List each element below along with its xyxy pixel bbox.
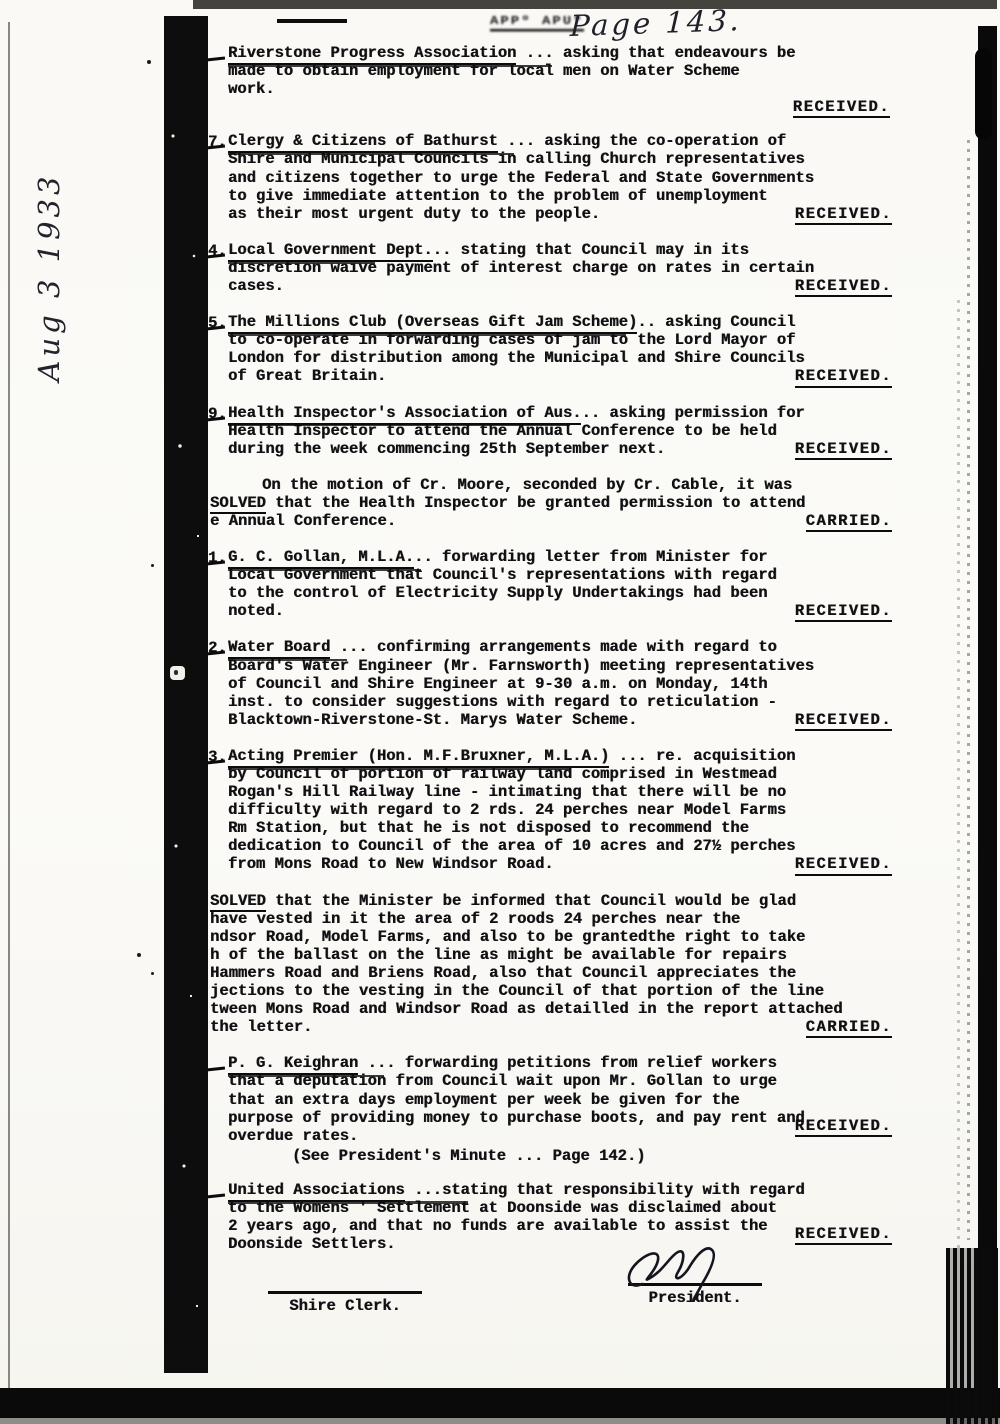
item-text-line: Rogan's Hill Railway line - intimating t… (228, 783, 892, 801)
item-text-line: of Council and Shire Engineer at 9-30 a.… (228, 675, 892, 693)
item-text: work. (228, 80, 275, 98)
item-text: noted. (228, 602, 284, 620)
item-text: difficulty with regard to 2 rds. 24 perc… (228, 801, 786, 819)
scan-streaks (957, 300, 960, 1250)
scan-bottom-edge (0, 1388, 1000, 1418)
item-text: of Great Britain. (228, 367, 386, 385)
resolution-text: On the motion of Cr. Moore, seconded by … (262, 476, 792, 494)
minute-item: 1.G. C. Gollan, M.L.A... forwarding lett… (228, 548, 892, 622)
item-text: overdue rates. (228, 1127, 358, 1145)
result-line: RECEIVED. (228, 98, 892, 116)
item-text-line: purpose of providing money to purchase b… (228, 1109, 892, 1127)
item-text-line: 2 years ago, and that no funds are avail… (228, 1217, 892, 1235)
item-heading-line: United Associations ...stating that resp… (228, 1181, 892, 1199)
item-text: Board's Water Engineer (Mr. Farnsworth) … (228, 657, 814, 675)
resolution-text: tween Mons Road and Windsor Road as deta… (210, 1000, 843, 1018)
item-text: discretion waive payment of interest cha… (228, 259, 814, 277)
item-text-line: overdue rates.RECEIVED. (228, 1127, 892, 1147)
item-text: to give immediate attention to the probl… (228, 187, 768, 205)
resolution-text: Hammers Road and Briens Road, also that … (210, 964, 796, 982)
item-text-line: inst. to consider suggestions with regar… (228, 693, 892, 711)
resolution-line: On the motion of Cr. Moore, seconded by … (228, 476, 892, 494)
scan-bottom-gray-edge (0, 1418, 1000, 1424)
minute-item: 2.Water Board ... confirming arrangement… (228, 638, 892, 730)
ink-speck (151, 972, 154, 975)
resolution-line: the letter.CARRIED. (210, 1018, 892, 1038)
result-label: RECEIVED. (795, 205, 892, 225)
item-heading-suffix: ... asking that endeavours be (516, 44, 795, 62)
item-text-line: from Mons Road to New Windsor Road.RECEI… (228, 855, 892, 875)
item-text: cases. (228, 277, 284, 295)
item-text: during the week commencing 25th Septembe… (228, 440, 665, 458)
minute-item: 5.The Millions Club (Overseas Gift Jam S… (228, 313, 892, 387)
heading-underline-overlap: Board's Water (228, 657, 349, 675)
handwritten-margin-date: Aug 3 1933 (32, 162, 72, 392)
resolution-line: have vested in it the area of 2 roods 24… (210, 910, 892, 928)
item-text: from Mons Road to New Windsor Road. (228, 855, 554, 873)
item-text-line: to the control of Electricity Supply Und… (228, 584, 892, 602)
scan-right-edge (978, 26, 997, 1424)
ink-speck (147, 60, 151, 64)
item-text-line: to give immediate attention to the probl… (228, 187, 892, 205)
item-heading-suffix: ... forwarding petitions from relief wor… (358, 1054, 777, 1072)
scanned-minutes-page: { "header": { "smudge_text": "APPº APUº"… (0, 0, 1000, 1424)
item-text-line: work. (228, 80, 892, 98)
item-text: purpose of providing money to purchase b… (228, 1109, 805, 1127)
resolution-line: tween Mons Road and Windsor Road as deta… (210, 1000, 892, 1018)
ink-speck (151, 564, 154, 567)
item-text: and citizens together to urge the Federa… (228, 169, 814, 187)
resolution-line: e Annual Conference.CARRIED. (210, 512, 892, 532)
item-heading-suffix: .. stating that Council may in its (433, 241, 749, 259)
resolution-text: ndsor Road, Model Farms, and also to be … (210, 928, 805, 946)
heading-underline-overlap: Shire and Municipal Councils in (228, 150, 516, 168)
item-text-line: discretion waive payment of interest cha… (228, 259, 892, 277)
item-text-line: dedication to Council of the area of 10 … (228, 837, 892, 855)
resolved-word: SOLVED (210, 494, 266, 514)
see-note: (See President's Minute ... Page 142.) (228, 1147, 892, 1165)
item-text: as their most urgent duty to the people. (228, 205, 600, 223)
resolution-paragraph: SOLVED that the Minister be informed tha… (228, 892, 892, 1039)
item-heading-line: G. C. Gollan, M.L.A... forwarding letter… (228, 548, 892, 566)
result-label: RECEIVED. (795, 1225, 892, 1245)
item-text: Local Government that Council's represen… (228, 566, 777, 584)
resolution-line: ndsor Road, Model Farms, and also to be … (210, 928, 892, 946)
item-heading-suffix: ...stating that responsibility with rega… (405, 1181, 805, 1199)
result-label: RECEIVED. (795, 1117, 892, 1137)
result-label: CARRIED. (806, 1018, 892, 1038)
item-text: Rm Station, but that he is not disposed … (228, 819, 749, 837)
item-text: of Council and Shire Engineer at 9-30 a.… (228, 675, 768, 693)
resolution-text: h of the ballast on the line as might be… (210, 946, 787, 964)
binding-strip (164, 16, 208, 1373)
resolution-paragraph: On the motion of Cr. Moore, seconded by … (228, 476, 892, 532)
item-heading-line: Acting Premier (Hon. M.F.Bruxner, M.L.A.… (228, 747, 892, 765)
item-heading-suffix: ... confirming arrangements made with re… (330, 638, 776, 656)
item-text: to co-operate in forwarding cases of jam… (228, 331, 795, 349)
item-text: that a deputation from Council wait upon… (228, 1072, 777, 1090)
item-heading-suffix: .. asking Council (637, 313, 795, 331)
item-text: to the Womens ' Settlement at Doonside w… (228, 1199, 777, 1217)
item-text: inst. to consider suggestions with regar… (228, 693, 777, 711)
item-text-line: to co-operate in forwarding cases of jam… (228, 331, 892, 349)
minute-item: 9.Health Inspector's Association of Aus.… (228, 404, 892, 460)
item-text: made to obtain employment for local men … (228, 62, 740, 80)
item-heading-suffix: .. forwarding letter from Minister for (414, 548, 767, 566)
item-heading-line: P. G. Keighran ... forwarding petitions … (228, 1054, 892, 1072)
scan-left-edge-line (8, 22, 10, 1424)
item-text-line: noted.RECEIVED. (228, 602, 892, 622)
heading-underline-overlap: Health Inspector to attend the Annual (228, 422, 572, 440)
item-text: Rogan's Hill Railway line - intimating t… (228, 783, 786, 801)
resolution-text: the letter. (210, 1018, 312, 1036)
header-dash-line (277, 19, 347, 23)
resolution-text: have vested in it the area of 2 roods 24… (210, 910, 740, 928)
resolution-text: e Annual Conference. (210, 512, 396, 530)
minute-item: 4.Local Government Dept... stating that … (228, 241, 892, 297)
resolved-word: SOLVED (210, 892, 266, 912)
ink-speck (137, 953, 141, 957)
item-heading-line: Local Government Dept... stating that Co… (228, 241, 892, 259)
item-text: 2 years ago, and that no funds are avail… (228, 1217, 768, 1235)
minute-item: P. G. Keighran ... forwarding petitions … (228, 1054, 892, 1165)
resolution-line: SOLVED that the Minister be informed tha… (210, 892, 892, 910)
minute-item: Riverstone Progress Association ... aski… (228, 44, 892, 116)
shire-clerk-label: Shire Clerk. (268, 1291, 422, 1315)
result-label: RECEIVED. (795, 855, 892, 875)
heading-underline-overlap: to co-operate in forwarding cases of jam… (228, 331, 628, 349)
item-text-line: Blacktown-Riverstone-St. Marys Water Sch… (228, 711, 892, 731)
binding-strip-hole (170, 666, 185, 680)
president-signature-scribble (620, 1240, 770, 1310)
item-text: by Council of portion of railway land co… (228, 765, 777, 783)
item-heading-suffix: ... re. acquisition (609, 747, 795, 765)
item-text-line: Health Inspector to attend the Annual Co… (228, 422, 892, 440)
item-text: Health Inspector to attend the Annual Co… (228, 422, 777, 440)
result-label: RECEIVED. (795, 602, 892, 622)
item-text: that an extra days employment per week b… (228, 1091, 740, 1109)
item-text-line: during the week commencing 25th Septembe… (228, 440, 892, 460)
item-text: to the control of Electricity Supply Und… (228, 584, 768, 602)
item-text-line: cases.RECEIVED. (228, 277, 892, 297)
resolution-line: jections to the vesting in the Council o… (210, 982, 892, 1000)
heading-underline-overlap: by Council of portion of railway land (228, 765, 572, 783)
item-text: Shire and Municipal Councils in calling … (228, 150, 805, 168)
scan-top-edge (193, 0, 997, 9)
item-text-line: of Great Britain.RECEIVED. (228, 367, 892, 387)
item-heading-suffix: .. asking permission for (581, 404, 804, 422)
item-text-line: Local Government that Council's represen… (228, 566, 892, 584)
minute-item: 3.Acting Premier (Hon. M.F.Bruxner, M.L.… (228, 747, 892, 876)
item-text-line: that an extra days employment per week b… (228, 1091, 892, 1109)
result-label: RECEIVED. (795, 711, 892, 731)
item-text-line: difficulty with regard to 2 rds. 24 perc… (228, 801, 892, 819)
item-heading-line: Water Board ... confirming arrangements … (228, 638, 892, 656)
item-heading-line: The Millions Club (Overseas Gift Jam Sch… (228, 313, 892, 331)
result-label: RECEIVED. (795, 367, 892, 387)
resolution-line: SOLVED that the Health Inspector be gran… (210, 494, 892, 512)
item-text-line: Rm Station, but that he is not disposed … (228, 819, 892, 837)
item-text-line: Shire and Municipal Councils in calling … (228, 150, 892, 168)
scan-right-blot (975, 48, 992, 140)
item-text-line: to the Womens ' Settlement at Doonside w… (228, 1199, 892, 1217)
item-text: dedication to Council of the area of 10 … (228, 837, 795, 855)
item-heading-line: Riverstone Progress Association ... aski… (228, 44, 892, 62)
scan-corner-blot (946, 1248, 998, 1424)
resolution-line: Hammers Road and Briens Road, also that … (210, 964, 892, 982)
item-text-line: Doonside Settlers.RECEIVED. (228, 1235, 892, 1255)
item-text-line: by Council of portion of railway land co… (228, 765, 892, 783)
minutes-content: Riverstone Progress Association ... aski… (228, 44, 892, 1271)
item-heading-suffix: ... asking the co-operation of (498, 132, 786, 150)
heading-underline-overlap: discretion waive (228, 259, 377, 277)
resolution-text: SOLVED that the Health Inspector be gran… (210, 494, 805, 514)
resolution-text: jections to the vesting in the Council o… (210, 982, 824, 1000)
item-heading-line: Clergy & Citizens of Bathurst ... asking… (228, 132, 892, 150)
item-text-line: Board's Water Engineer (Mr. Farnsworth) … (228, 657, 892, 675)
heading-underline-overlap: made to obtain employment for local (228, 62, 554, 80)
item-text-line: made to obtain employment for local men … (228, 62, 892, 80)
result-label: RECEIVED. (795, 440, 892, 460)
result-label: RECEIVED. (795, 277, 892, 297)
resolution-text: SOLVED that the Minister be informed tha… (210, 892, 796, 912)
result-label: RECEIVED. (793, 98, 890, 118)
resolution-line: h of the ballast on the line as might be… (210, 946, 892, 964)
item-heading-line: Health Inspector's Association of Aus...… (228, 404, 892, 422)
item-text: London for distribution among the Munici… (228, 349, 805, 367)
heading-underline-overlap: that a deputation (228, 1072, 386, 1090)
item-text-line: that a deputation from Council wait upon… (228, 1072, 892, 1090)
scan-streaks (967, 140, 970, 1240)
item-text-line: and citizens together to urge the Federa… (228, 169, 892, 187)
minute-item: 7.Clergy & Citizens of Bathurst ... aski… (228, 132, 892, 224)
item-text: Blacktown-Riverstone-St. Marys Water Sch… (228, 711, 637, 729)
minute-item: United Associations ...stating that resp… (228, 1181, 892, 1255)
item-text: Doonside Settlers. (228, 1235, 395, 1253)
heading-underline-overlap: Local Government that (228, 566, 423, 584)
result-label: CARRIED. (806, 512, 892, 532)
item-text-line: London for distribution among the Munici… (228, 349, 892, 367)
heading-underline-overlap: to the Womens ' Settlement (228, 1199, 470, 1217)
item-text-line: as their most urgent duty to the people.… (228, 205, 892, 225)
